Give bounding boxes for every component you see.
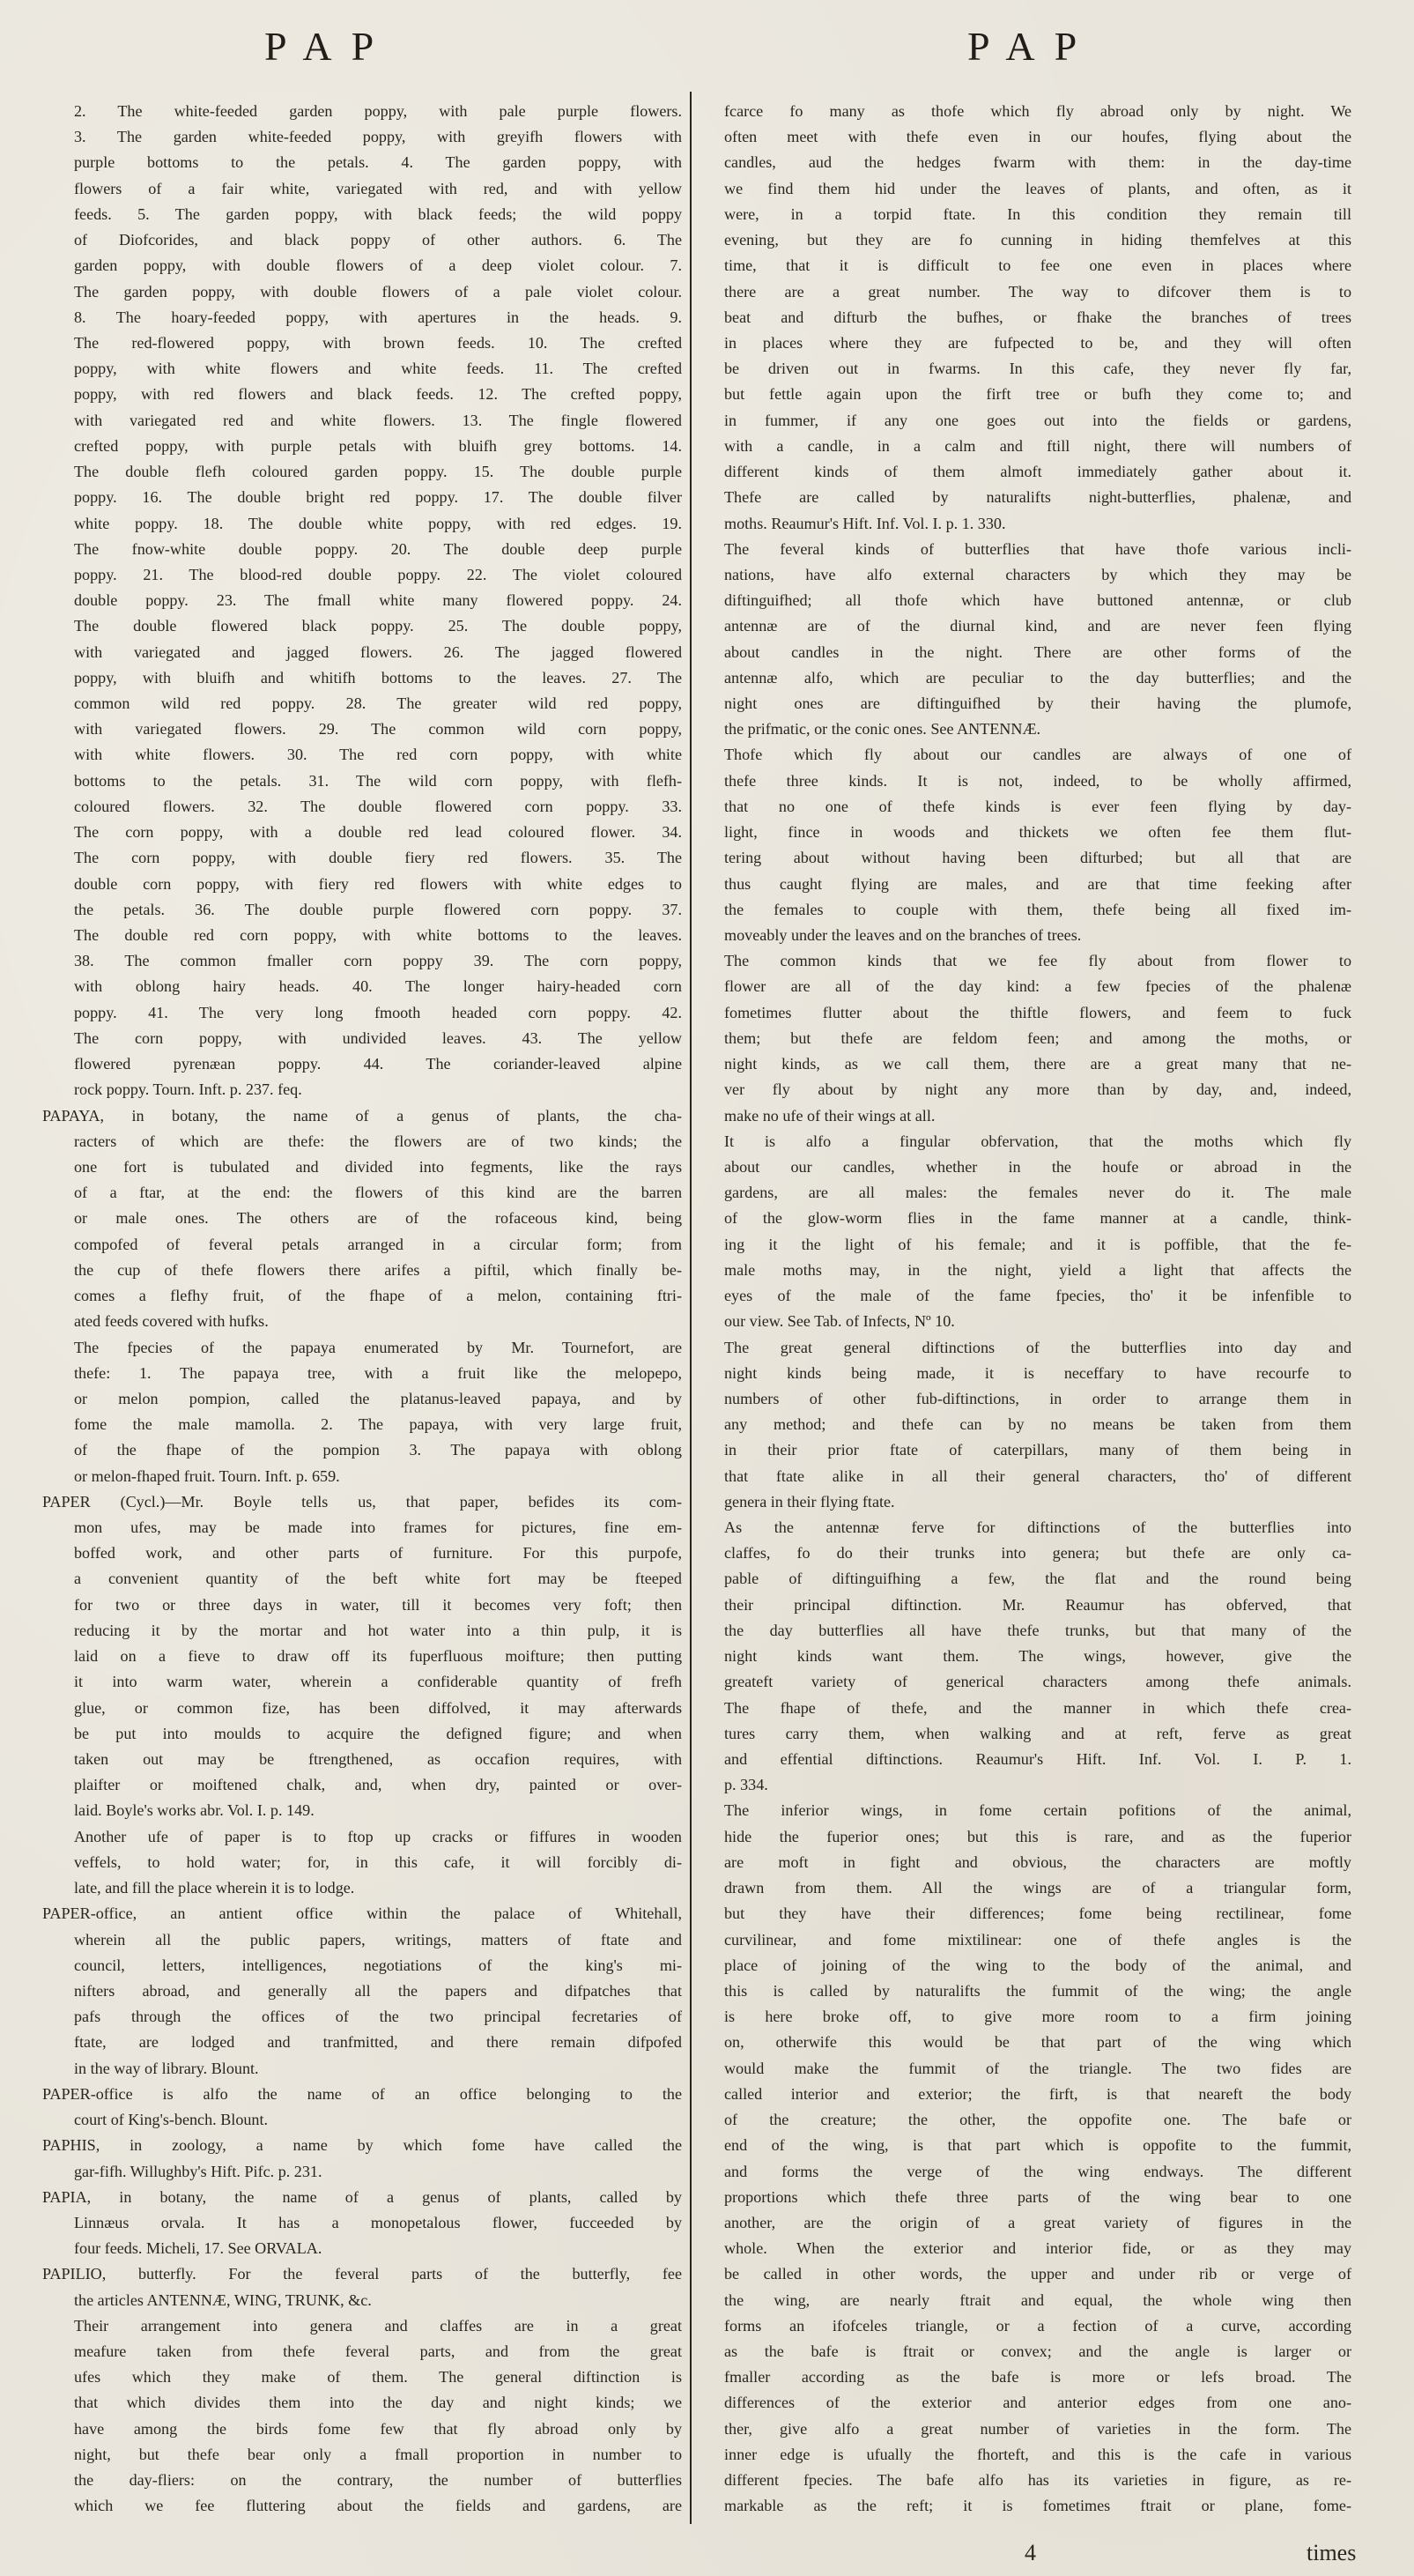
text-line: and forms the verge of the wing endways.… xyxy=(724,2159,1351,2185)
text-line: with variegated and jagged flowers. 26. … xyxy=(42,640,682,665)
text-line: The corn poppy, with undivided leaves. 4… xyxy=(42,1026,682,1051)
text-line: thus caught flying are males, and are th… xyxy=(724,872,1351,897)
text-line: markable as the reft; it is fometimes ft… xyxy=(724,2493,1351,2519)
text-line: ufes which they make of them. The genera… xyxy=(42,2364,682,2390)
text-line: is here broke off, to give more room to … xyxy=(724,2004,1351,2030)
text-line: in their prior ftate of caterpillars, ma… xyxy=(724,1437,1351,1463)
text-line: be driven out in fwarms. In this cafe, t… xyxy=(724,356,1351,382)
text-line: evening, but they are fo cunning in hidi… xyxy=(724,227,1351,253)
text-line: 3. The garden white-feeded poppy, with g… xyxy=(42,124,682,150)
text-line: fcarce fo many as thofe which fly abroad… xyxy=(724,99,1351,124)
text-line: flowered pyrenæan poppy. 44. The coriand… xyxy=(42,1051,682,1077)
text-line: nations, have alfo external characters b… xyxy=(724,562,1351,588)
text-line: The red-flowered poppy, with brown feeds… xyxy=(42,330,682,356)
text-line: the day-fliers: on the contrary, the num… xyxy=(42,2468,682,2493)
text-line: laid. Boyle's works abr. Vol. I. p. 149. xyxy=(42,1798,682,1823)
text-line: poppy. 41. The very long fmooth headed c… xyxy=(42,1000,682,1026)
text-line: p. 334. xyxy=(724,1772,1351,1798)
text-line: four feeds. Micheli, 17. See ORVALA. xyxy=(42,2236,682,2261)
left-column: 2. The white-feeded garden poppy, with p… xyxy=(42,99,682,2520)
text-line: beat and difturb the bufhes, or fhake th… xyxy=(724,305,1351,330)
text-line: ver fly about by night any more than by … xyxy=(724,1077,1351,1102)
text-line: The garden poppy, with double flowers of… xyxy=(42,279,682,305)
text-line: be put into moulds to acquire the defign… xyxy=(42,1721,682,1747)
text-line: it into warm water, wherein a confiderab… xyxy=(42,1669,682,1695)
text-line: night kinds being made, it is neceffary … xyxy=(724,1361,1351,1386)
text-line: ing it the light of his female; and it i… xyxy=(724,1232,1351,1258)
text-line: that which divides them into the day and… xyxy=(42,2390,682,2416)
text-line: gardens, are all males: the females neve… xyxy=(724,1180,1351,1206)
text-line: ftate, are lodged and tranfmitted, and t… xyxy=(42,2030,682,2055)
text-line: The double red corn poppy, with white bo… xyxy=(42,923,682,948)
text-line: fometimes flutter about the thiftle flow… xyxy=(724,1000,1351,1026)
text-line: ther, give alfo a great number of variet… xyxy=(724,2416,1351,2442)
text-line: in the way of library. Blount. xyxy=(42,2056,682,2082)
text-line: council, letters, intelligences, negotia… xyxy=(42,1953,682,1978)
text-line: which we fee fluttering about the fields… xyxy=(42,2493,682,2519)
text-line: fmaller according as the bafe is more or… xyxy=(724,2364,1351,2390)
text-line: or melon pompion, called the platanus-le… xyxy=(42,1386,682,1412)
text-line: PAPER (Cycl.)—Mr. Boyle tells us, that p… xyxy=(42,1489,682,1515)
text-line: proportions which thefe three parts of t… xyxy=(724,2185,1351,2210)
text-line: pafs through the offices of the two prin… xyxy=(42,2004,682,2030)
text-line: The fnow-white double poppy. 20. The dou… xyxy=(42,537,682,562)
text-line: Their arrangement into genera and claffe… xyxy=(42,2313,682,2339)
text-line: double poppy. 23. The fmall white many f… xyxy=(42,588,682,613)
text-line: reducing it by the mortar and hot water … xyxy=(42,1618,682,1644)
text-line: pable of diftinguifhing a few, the flat … xyxy=(724,1566,1351,1592)
text-line: with a candle, in a calm and ftill night… xyxy=(724,434,1351,459)
text-line: different kinds of them almoft immediate… xyxy=(724,459,1351,485)
text-line: night, but thefe bear only a fmall propo… xyxy=(42,2442,682,2468)
text-line: thefe three kinds. It is not, indeed, to… xyxy=(724,768,1351,794)
text-line: have among the birds fome few that fly a… xyxy=(42,2416,682,2442)
text-line: or male ones. The others are of the rofa… xyxy=(42,1206,682,1231)
text-line: taken out may be ftrengthened, as occafi… xyxy=(42,1747,682,1772)
text-line: as the bafe is ftrait or convex; and the… xyxy=(724,2339,1351,2364)
text-line: crefted poppy, with purple petals with b… xyxy=(42,434,682,459)
text-line: of a ftar, at the end: the flowers of th… xyxy=(42,1180,682,1206)
text-line: poppy. 21. The blood-red double poppy. 2… xyxy=(42,562,682,588)
text-line: PAPER-office is alfo the name of an offi… xyxy=(42,2082,682,2107)
text-line: antennæ are of the diurnal kind, and are… xyxy=(724,613,1351,639)
text-line: laid on a fieve to draw off its fuperflu… xyxy=(42,1644,682,1669)
text-line: were, in a torpid ftate. In this conditi… xyxy=(724,202,1351,227)
text-line: place of joining of the wing to the body… xyxy=(724,1953,1351,1978)
text-line: night kinds, as we call them, there are … xyxy=(724,1051,1351,1077)
text-line: Thofe which fly about our candles are al… xyxy=(724,742,1351,768)
text-line: As the antennæ ferve for diftinctions of… xyxy=(724,1515,1351,1540)
text-line: make no ufe of their wings at all. xyxy=(724,1103,1351,1129)
text-line: different fpecies. The bafe alfo has its… xyxy=(724,2468,1351,2493)
text-line: PAPAYA, in botany, the name of a genus o… xyxy=(42,1103,682,1129)
text-line: The great general diftinctions of the bu… xyxy=(724,1335,1351,1361)
text-line: coloured flowers. 32. The double flowere… xyxy=(42,794,682,820)
text-line: numbers of other fub-diftinctions, in or… xyxy=(724,1386,1351,1412)
text-line: for two or three days in water, till it … xyxy=(42,1592,682,1618)
running-head-left: PAP xyxy=(264,23,393,70)
text-line: comes a flefhy fruit, of the fhape of a … xyxy=(42,1283,682,1309)
text-line: a convenient quantity of the beft white … xyxy=(42,1566,682,1592)
text-line: boffed work, and other parts of furnitur… xyxy=(42,1540,682,1566)
text-line: inner edge is ufually the fhorteft, and … xyxy=(724,2442,1351,2468)
text-line: this is called by naturalifts the fummit… xyxy=(724,1978,1351,2004)
text-line: moths. Reaumur's Hift. Inf. Vol. I. p. 1… xyxy=(724,511,1351,537)
text-line: one fort is tubulated and divided into f… xyxy=(42,1154,682,1180)
text-line: The fpecies of the papaya enumerated by … xyxy=(42,1335,682,1361)
text-line: of the fhape of the pompion 3. The papay… xyxy=(42,1437,682,1463)
text-line: differences of the exterior and anterior… xyxy=(724,2390,1351,2416)
text-line: compofed of feveral petals arranged in a… xyxy=(42,1232,682,1258)
text-line: we find them hid under the leaves of pla… xyxy=(724,176,1351,202)
text-line: in places where they are fufpected to be… xyxy=(724,330,1351,356)
encyclopedia-page: PAP PAP 2. The white-feeded garden poppy… xyxy=(0,0,1414,2576)
text-line: glue, or common fize, has been diffolved… xyxy=(42,1696,682,1721)
text-line: Another ufe of paper is to ftop up crack… xyxy=(42,1824,682,1850)
text-line: double corn poppy, with fiery red flower… xyxy=(42,872,682,897)
text-line: tering about without having been difturb… xyxy=(724,845,1351,871)
text-line: It is alfo a fingular obfervation, that … xyxy=(724,1129,1351,1154)
text-line: with variegated red and white flowers. 1… xyxy=(42,408,682,434)
text-line: time, that it is difficult to fee one ev… xyxy=(724,253,1351,278)
text-line: common wild red poppy. 28. The greater w… xyxy=(42,691,682,716)
text-line: the prifmatic, or the conic ones. See AN… xyxy=(724,716,1351,742)
text-line: veffels, to hold water; for, in this caf… xyxy=(42,1850,682,1875)
text-line: are moft in fight and obvious, the chara… xyxy=(724,1850,1351,1875)
text-line: hide the fuperior ones; but this is rare… xyxy=(724,1824,1351,1850)
text-line: with variegated flowers. 29. The common … xyxy=(42,716,682,742)
text-line: of the glow-worm flies in the fame manne… xyxy=(724,1206,1351,1231)
text-line: PAPHIS, in zoology, a name by which fome… xyxy=(42,2133,682,2158)
text-line: nifters abroad, and generally all the pa… xyxy=(42,1978,682,2004)
text-line: night kinds want them. The wings, howeve… xyxy=(724,1644,1351,1669)
text-line: PAPILIO, butterfly. For the feveral part… xyxy=(42,2261,682,2287)
text-line: our view. See Tab. of Infects, Nº 10. xyxy=(724,1309,1351,1334)
text-line: The corn poppy, with double fiery red fl… xyxy=(42,845,682,871)
text-line: curvilinear, and fome mixtilinear: one o… xyxy=(724,1927,1351,1953)
text-line: with oblong hairy heads. 40. The longer … xyxy=(42,974,682,999)
text-line: feeds. 5. The garden poppy, with black f… xyxy=(42,202,682,227)
text-line: that ftate alike in all their general ch… xyxy=(724,1464,1351,1489)
text-line: claffes, fo do their trunks into genera;… xyxy=(724,1540,1351,1566)
text-line: the females to couple with them, thefe b… xyxy=(724,897,1351,923)
text-line: any method; and thefe can by no means be… xyxy=(724,1412,1351,1437)
text-line: tures carry them, when walking and at re… xyxy=(724,1721,1351,1747)
text-line: gar-fifh. Willughby's Hift. Pifc. p. 231… xyxy=(42,2159,682,2185)
text-line: white poppy. 18. The double white poppy,… xyxy=(42,511,682,537)
text-line: The common kinds that we fee fly about f… xyxy=(724,948,1351,974)
text-line: bottoms to the petals. 31. The wild corn… xyxy=(42,768,682,794)
text-line: flower are all of the day kind: a few fp… xyxy=(724,974,1351,999)
text-line: drawn from them. All the wings are of a … xyxy=(724,1875,1351,1901)
text-line: poppy, with red flowers and black feeds.… xyxy=(42,382,682,407)
text-line: The double flowered black poppy. 25. The… xyxy=(42,613,682,639)
text-line: rock poppy. Tourn. Inft. p. 237. feq. xyxy=(42,1077,682,1102)
text-line: late, and fill the place wherein it is t… xyxy=(42,1875,682,1901)
text-line: plaifter or moiftened chalk, and, when d… xyxy=(42,1772,682,1798)
text-line: wherein all the public papers, writings,… xyxy=(42,1927,682,1953)
text-line: the day butterflies all have thefe trunk… xyxy=(724,1618,1351,1644)
text-line: called interior and exterior; the firft,… xyxy=(724,2082,1351,2107)
text-line: their principal diftinction. Mr. Reaumur… xyxy=(724,1592,1351,1618)
text-line: genera in their flying ftate. xyxy=(724,1489,1351,1515)
text-line: them; but thefe are feldom feen; and amo… xyxy=(724,1026,1351,1051)
text-line: whole. When the exterior and interior fi… xyxy=(724,2236,1351,2261)
text-line: candles, aud the hedges fwarm with them:… xyxy=(724,150,1351,175)
text-line: the wing, are nearly ftrait and equal, t… xyxy=(724,2288,1351,2313)
text-line: racters of which are thefe: the flowers … xyxy=(42,1129,682,1154)
text-line: ated feeds covered with hufks. xyxy=(42,1309,682,1334)
text-line: PAPER-office, an antient office within t… xyxy=(42,1901,682,1926)
text-line: antennæ alfo, which are peculiar to the … xyxy=(724,665,1351,691)
text-line: poppy. 16. The double bright red poppy. … xyxy=(42,485,682,510)
catchword: times xyxy=(1307,2540,1356,2566)
text-line: The fhape of thefe, and the manner in wh… xyxy=(724,1696,1351,1721)
signature-mark: 4 xyxy=(1025,2540,1036,2566)
text-line: purple bottoms to the petals. 4. The gar… xyxy=(42,150,682,175)
text-line: but fettle again upon the firft tree or … xyxy=(724,382,1351,407)
text-line: The feveral kinds of butterflies that ha… xyxy=(724,537,1351,562)
text-line: male moths may, in the night, yield a li… xyxy=(724,1258,1351,1283)
column-divider xyxy=(690,92,692,2524)
text-line: court of King's-bench. Blount. xyxy=(42,2107,682,2133)
text-line: on, otherwife this would be that part of… xyxy=(724,2030,1351,2055)
text-line: mon ufes, may be made into frames for pi… xyxy=(42,1515,682,1540)
text-line: the articles ANTENNÆ, WING, TRUNK, &c. xyxy=(42,2288,682,2313)
text-line: greateft variety of generical characters… xyxy=(724,1669,1351,1695)
text-line: 38. The common fmaller corn poppy 39. Th… xyxy=(42,948,682,974)
text-line: of the creature; the other, the oppofite… xyxy=(724,2107,1351,2133)
text-line: that no one of thefe kinds is ever feen … xyxy=(724,794,1351,820)
text-line: The inferior wings, in fome certain pofi… xyxy=(724,1798,1351,1823)
right-column: fcarce fo many as thofe which fly abroad… xyxy=(724,99,1351,2520)
text-line: garden poppy, with double flowers of a d… xyxy=(42,253,682,278)
text-line: often meet with thefe even in our houfes… xyxy=(724,124,1351,150)
text-line: thefe: 1. The papaya tree, with a fruit … xyxy=(42,1361,682,1386)
text-line: but they have their differences; fome be… xyxy=(724,1901,1351,1926)
text-line: The corn poppy, with a double red lead c… xyxy=(42,820,682,845)
text-line: 8. The hoary-feeded poppy, with aperture… xyxy=(42,305,682,330)
text-line: of Diofcorides, and black poppy of other… xyxy=(42,227,682,253)
text-line: about candles in the night. There are ot… xyxy=(724,640,1351,665)
text-line: there are a great number. The way to dif… xyxy=(724,279,1351,305)
text-line: moveably under the leaves and on the bra… xyxy=(724,923,1351,948)
text-line: with white flowers. 30. The red corn pop… xyxy=(42,742,682,768)
text-line: PAPIA, in botany, the name of a genus of… xyxy=(42,2185,682,2210)
text-line: light, fince in woods and thickets we of… xyxy=(724,820,1351,845)
text-line: The double flefh coloured garden poppy. … xyxy=(42,459,682,485)
text-line: fome the male mamolla. 2. The papaya, wi… xyxy=(42,1412,682,1437)
text-line: about our candles, whether in the houfe … xyxy=(724,1154,1351,1180)
text-line: another, are the origin of a great varie… xyxy=(724,2210,1351,2236)
text-line: or melon-fhaped fruit. Tourn. Inft. p. 6… xyxy=(42,1464,682,1489)
text-line: be called in other words, the upper and … xyxy=(724,2261,1351,2287)
text-line: the petals. 36. The double purple flower… xyxy=(42,897,682,923)
text-line: eyes of the male of the fame fpecies, th… xyxy=(724,1283,1351,1309)
text-line: the cup of thefe flowers there arifes a … xyxy=(42,1258,682,1283)
text-line: poppy, with white flowers and white feed… xyxy=(42,356,682,382)
text-line: Thefe are called by naturalifts night-bu… xyxy=(724,485,1351,510)
text-line: diftinguifhed; all thofe which have butt… xyxy=(724,588,1351,613)
text-line: and effential diftinctions. Reaumur's Hi… xyxy=(724,1747,1351,1772)
text-line: Linnæus orvala. It has a monopetalous fl… xyxy=(42,2210,682,2236)
text-line: 2. The white-feeded garden poppy, with p… xyxy=(42,99,682,124)
text-line: poppy, with bluifh and whitifh bottoms t… xyxy=(42,665,682,691)
text-line: forms an ifofceles triangle, or a fectio… xyxy=(724,2313,1351,2339)
text-line: in fummer, if any one goes out into the … xyxy=(724,408,1351,434)
text-line: end of the wing, is that part which is o… xyxy=(724,2133,1351,2158)
running-head-right: PAP xyxy=(967,23,1096,70)
text-line: meafure taken from thefe feveral parts, … xyxy=(42,2339,682,2364)
text-line: would make the fummit of the triangle. T… xyxy=(724,2056,1351,2082)
text-line: night ones are diftinguifhed by their ha… xyxy=(724,691,1351,716)
text-line: flowers of a fair white, variegated with… xyxy=(42,176,682,202)
